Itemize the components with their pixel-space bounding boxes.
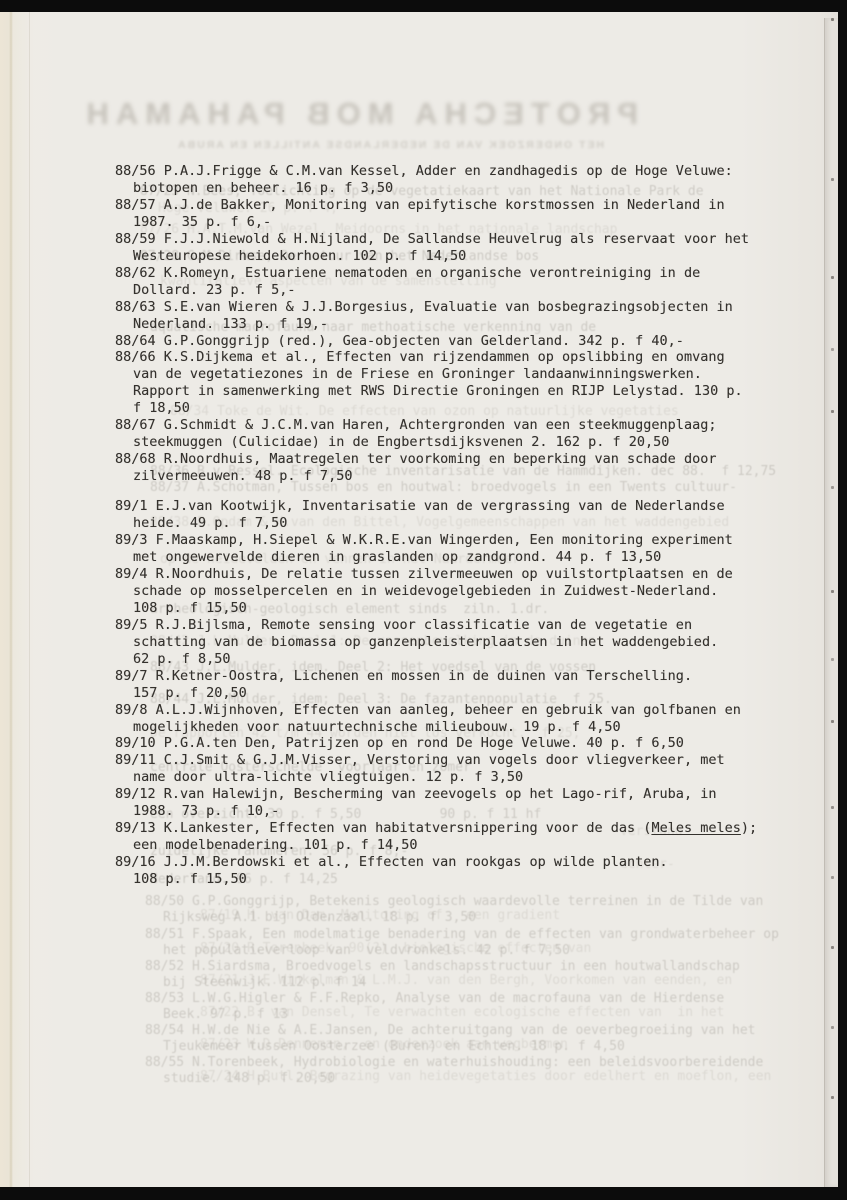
publication-entry: 88/66 K.S.Dijkema et al., Effecten van r… bbox=[115, 349, 775, 417]
entry-line: met ongewervelde dieren in graslanden op… bbox=[115, 549, 775, 566]
publication-entry: 88/59 F.J.J.Niewold & H.Nijland, De Sall… bbox=[115, 231, 775, 265]
ghost-text-line: 88/53 L.W.G.Higler & F.F.Repko, Analyse … bbox=[145, 991, 724, 1006]
entry-line: schatting van de biomassa op ganzenpleis… bbox=[115, 634, 775, 651]
ghost-text-line: 88/50 G.P.Gonggrijp, Betekenis geologisc… bbox=[145, 894, 763, 909]
entry-line: 88/56 P.A.J.Frigge & C.M.van Kessel, Add… bbox=[115, 163, 775, 180]
publication-entry: 89/3 F.Maaskamp, H.Siepel & W.K.R.E.van … bbox=[115, 532, 775, 566]
publication-entry: 88/57 A.J.de Bakker, Monitoring van epif… bbox=[115, 197, 775, 231]
scan-border-top bbox=[0, 0, 847, 12]
page-surface: PROTECHA MOB PAHAMAH HET ONDERZOEK VAN D… bbox=[0, 12, 838, 1187]
entry-line: 157 p. f 20,50 bbox=[115, 685, 775, 702]
ghost-text-line: Rijksweg A.1 bij Oldenzaal. 18 p. f 3,50 bbox=[163, 910, 476, 925]
ghost-text-line: 88/52 H.Siardsma, Broedvogels en landsch… bbox=[145, 959, 740, 974]
entry-line: zilvermeeuwen. 48 p. f 7,50 bbox=[115, 468, 775, 485]
page-left-edge bbox=[0, 12, 34, 1187]
publication-entry: 88/68 R.Noordhuis, Maatregelen ter voork… bbox=[115, 451, 775, 485]
ghost-text-line: Beek. 97 p. f 13 bbox=[163, 1007, 288, 1022]
publication-entry: 89/16 J.J.M.Berdowski et al., Effecten v… bbox=[115, 854, 775, 888]
ghost-text-line: 88/54 H.W.de Nie & A.E.Jansen, De achter… bbox=[145, 1023, 755, 1038]
entry-line: schade op mosselpercelen en in weidevoge… bbox=[115, 583, 775, 600]
scanned-document-page: PROTECHA MOB PAHAMAH HET ONDERZOEK VAN D… bbox=[0, 0, 847, 1200]
ghost-text-line: 87/21 J.E.Winkelman & L.M.J. van den Ber… bbox=[200, 973, 732, 988]
ghost-text-line: het populatieverloop van veldvronkels. 4… bbox=[163, 943, 570, 958]
entry-line: 88/66 K.S.Dijkema et al., Effecten van r… bbox=[115, 349, 775, 366]
entry-line: 88/68 R.Noordhuis, Maatregelen ter voork… bbox=[115, 451, 775, 468]
publication-entry: 89/8 A.L.J.Wijnhoven, Effecten van aanle… bbox=[115, 702, 775, 736]
publication-entry: 88/64 G.P.Gonggrijp (red.), Gea-objecten… bbox=[115, 333, 775, 350]
publication-entry: 89/10 P.G.A.ten Den, Patrijzen op en ron… bbox=[115, 735, 775, 752]
entry-line: f 18,50 bbox=[115, 400, 775, 417]
entry-line: 89/11 C.J.Smit & G.J.M.Visser, Verstorin… bbox=[115, 752, 775, 769]
entry-line: een modelbenadering. 101 p. f 14,50 bbox=[115, 837, 775, 854]
entry-line: 1987. 35 p. f 6,- bbox=[115, 214, 775, 231]
entry-line: biotopen en beheer. 16 p. f 3,50 bbox=[115, 180, 775, 197]
entry-line: 1988. 73 p. f 10,- bbox=[115, 803, 775, 820]
entry-line: 88/64 G.P.Gonggrijp (red.), Gea-objecten… bbox=[115, 333, 775, 350]
entry-line: steekmuggen (Culicidae) in de Engbertsdi… bbox=[115, 434, 775, 451]
showthrough-subtitle-text: HET ONDERZOEK VAN DE NEDERLANDSE ANTILLE… bbox=[150, 139, 630, 151]
ghost-text-line: 87/19 H. van Dam, Monitoring of een grad… bbox=[200, 908, 560, 923]
publication-entry: 89/1 E.J.van Kootwijk, Inventarisatie va… bbox=[115, 498, 775, 532]
ghost-text-line: 88/55 N.Torenbeek, Hydrobiologie en wate… bbox=[145, 1055, 763, 1070]
entry-line: Dollard. 23 p. f 5,- bbox=[115, 282, 775, 299]
entry-line: 89/12 R.van Halewijn, Bescherming van ze… bbox=[115, 786, 775, 803]
entry-line: 89/10 P.G.A.ten Den, Patrijzen op en ron… bbox=[115, 735, 775, 752]
scan-border-bottom bbox=[0, 1187, 847, 1200]
entry-line: 62 p. f 8,50 bbox=[115, 651, 775, 668]
showthrough-title-text: PROTECHA MOB PAHAMAH bbox=[138, 96, 638, 132]
publication-list: 88/56 P.A.J.Frigge & C.M.van Kessel, Add… bbox=[115, 163, 775, 888]
page-edge-specks bbox=[831, 18, 834, 21]
publication-entry: 89/5 R.J.Bijlsma, Remote sensing voor cl… bbox=[115, 617, 775, 668]
entry-line: Nederland. 133 p. f 19,- bbox=[115, 316, 775, 333]
entry-line: Westeuropese heidekorhoen. 102 p. f 14,5… bbox=[115, 248, 775, 265]
entry-line: Rapport in samenwerking met RWS Directie… bbox=[115, 383, 775, 400]
entry-line: 88/59 F.J.J.Niewold & H.Nijland, De Sall… bbox=[115, 231, 775, 248]
ghost-text-line: studie. 148 p. f 20,50 bbox=[163, 1071, 335, 1086]
entry-line: mogelijkheden voor natuurtechnische mili… bbox=[115, 719, 775, 736]
publication-entry: 88/62 K.Romeyn, Estuariene nematoden en … bbox=[115, 265, 775, 299]
ghost-text-line: 87/22 B. van Densel, Te verwachten ecolo… bbox=[200, 1005, 724, 1020]
entry-line: 89/1 E.J.van Kootwijk, Inventarisatie va… bbox=[115, 498, 775, 515]
ghost-text-line: 88/51 F.Spaak, Een modelmatige benaderin… bbox=[145, 927, 779, 942]
page-crease-line bbox=[29, 12, 30, 1187]
adjacent-page-edge bbox=[824, 18, 838, 1187]
entry-line: 88/57 A.J.de Bakker, Monitoring van epif… bbox=[115, 197, 775, 214]
entry-line: 88/67 G.Schmidt & J.C.M.van Haren, Achte… bbox=[115, 417, 775, 434]
entry-line: van de vegetatiezones in de Friese en Gr… bbox=[115, 366, 775, 383]
publication-entry: 89/13 K.Lankester, Effecten van habitatv… bbox=[115, 820, 775, 854]
entry-line: 89/7 R.Ketner-Oostra, Lichenen en mossen… bbox=[115, 668, 775, 685]
entry-line: 88/63 S.E.van Wieren & J.J.Borgesius, Ev… bbox=[115, 299, 775, 316]
publication-entry: 89/7 R.Ketner-Oostra, Lichenen en mossen… bbox=[115, 668, 775, 702]
publication-entry: 88/56 P.A.J.Frigge & C.M.van Kessel, Add… bbox=[115, 163, 775, 197]
scan-border-right bbox=[838, 0, 847, 1200]
publication-entry: 88/67 G.Schmidt & J.C.M.van Haren, Achte… bbox=[115, 417, 775, 451]
ghost-text-line: bij Steenwijk. 112 p. f 14 bbox=[163, 975, 367, 990]
entry-line: 89/5 R.J.Bijlsma, Remote sensing voor cl… bbox=[115, 617, 775, 634]
ghost-text-line: 87/24 H.Butl, Begrazing van heidevegetat… bbox=[200, 1069, 771, 1084]
ghost-text-line: 87/23 W.D.Denneman, en onderzoek aan weg… bbox=[200, 1037, 568, 1052]
entry-line: 89/13 K.Lankester, Effecten van habitatv… bbox=[115, 820, 775, 837]
ghost-text-line: Tjeukemeer tussen Oosterzee (Buren) en E… bbox=[163, 1039, 625, 1054]
entry-line: heide. 49 p. f 7,50 bbox=[115, 515, 775, 532]
publication-entry: 89/11 C.J.Smit & G.J.M.Visser, Verstorin… bbox=[115, 752, 775, 786]
underlined-species-name: Meles meles bbox=[651, 820, 740, 836]
entry-line: 89/3 F.Maaskamp, H.Siepel & W.K.R.E.van … bbox=[115, 532, 775, 549]
entry-line: 89/16 J.J.M.Berdowski et al., Effecten v… bbox=[115, 854, 775, 871]
entry-line: 88/62 K.Romeyn, Estuariene nematoden en … bbox=[115, 265, 775, 282]
entry-line: 108 p. f 15,50 bbox=[115, 600, 775, 617]
entry-line: name door ultra-lichte vliegtuigen. 12 p… bbox=[115, 769, 775, 786]
publication-entry: 89/12 R.van Halewijn, Bescherming van ze… bbox=[115, 786, 775, 820]
entry-line: 108 p. f 15,50 bbox=[115, 871, 775, 888]
ghost-text-line: 87/20 R.Torenbeek, 90(?) biologische eff… bbox=[200, 941, 591, 956]
publication-entry: 88/63 S.E.van Wieren & J.J.Borgesius, Ev… bbox=[115, 299, 775, 333]
entry-line: 89/8 A.L.J.Wijnhoven, Effecten van aanle… bbox=[115, 702, 775, 719]
entry-line: 89/4 R.Noordhuis, De relatie tussen zilv… bbox=[115, 566, 775, 583]
publication-entry: 89/4 R.Noordhuis, De relatie tussen zilv… bbox=[115, 566, 775, 617]
